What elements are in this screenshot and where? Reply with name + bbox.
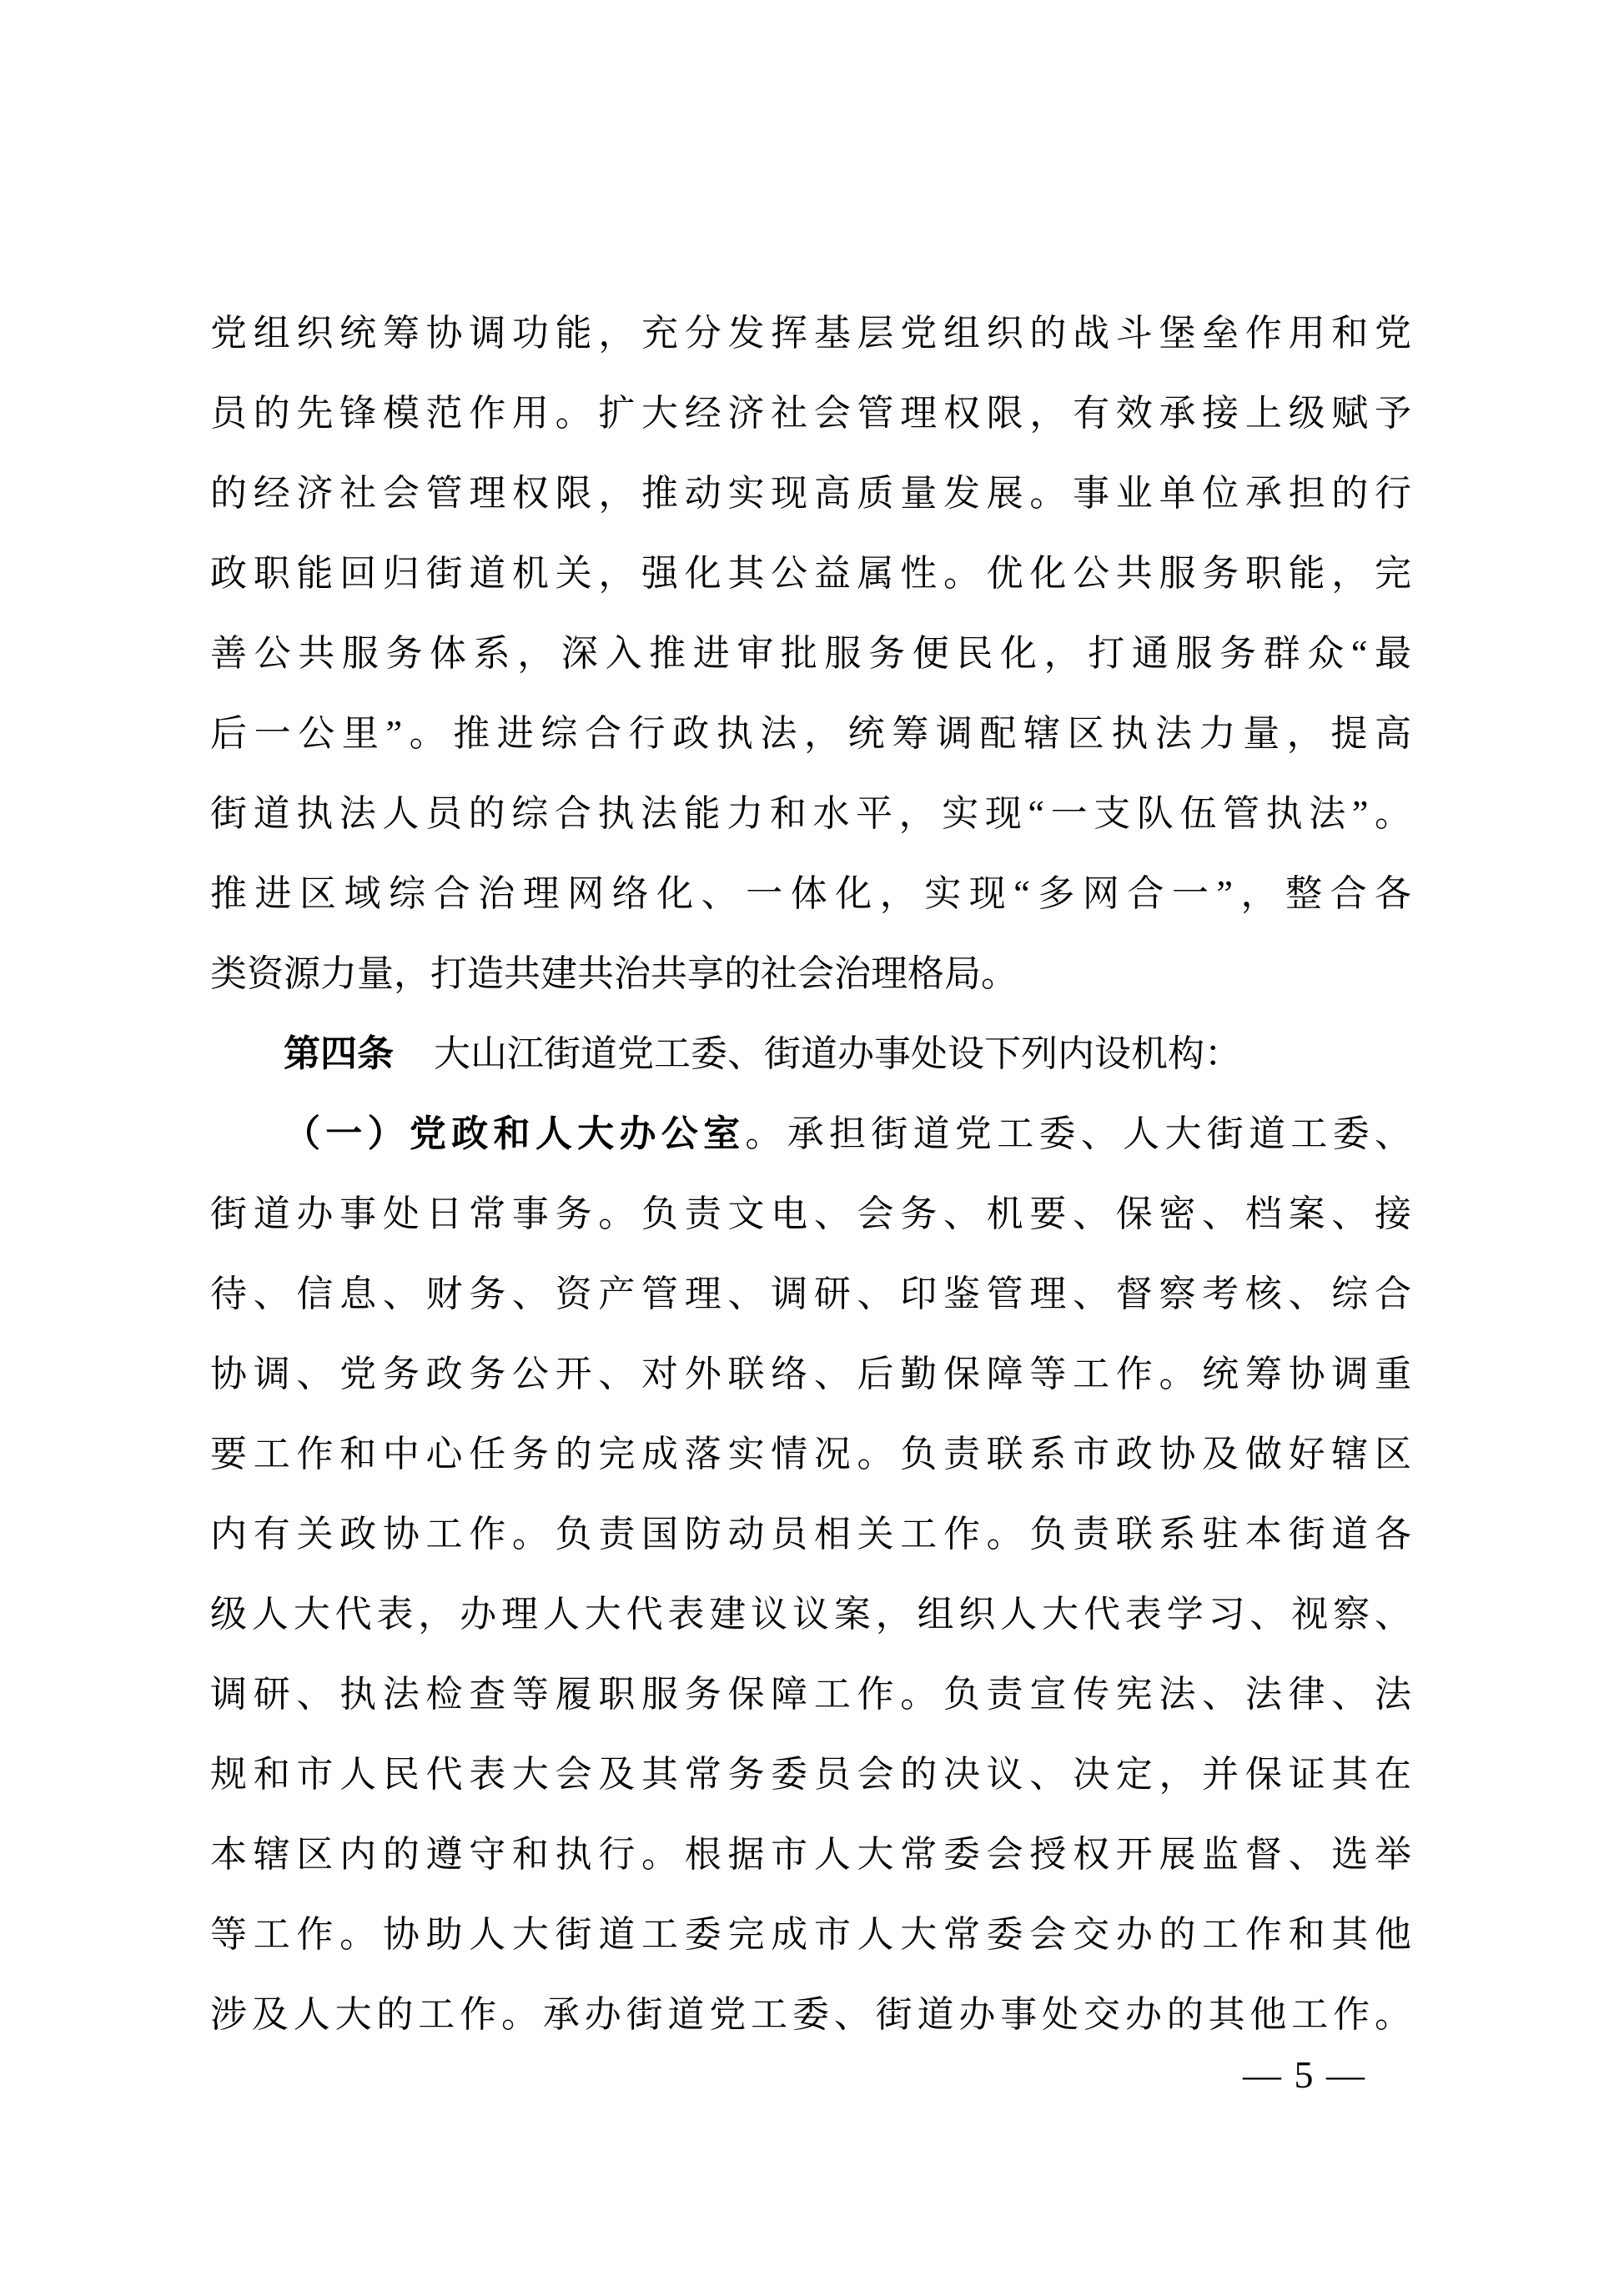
body-line: 后一公里”。推进综合行政执法，统筹调配辖区执法力量，提高 [210, 694, 1411, 774]
body-line: 要工作和中心任务的完成落实情况。负责联系市政协及做好辖区 [210, 1414, 1411, 1495]
body-line: 级人大代表，办理人大代表建议议案，组织人大代表学习、视察、 [210, 1575, 1411, 1655]
body-line: 规和市人民代表大会及其常务委员会的决议、决定，并保证其在 [210, 1735, 1411, 1815]
article-heading-text: 大山江街道党工委、街道办事处设下列内设机构： [434, 1033, 1241, 1074]
body-line: 类资源力量，打造共建共治共享的社会治理格局。 [210, 934, 1411, 1014]
body-line: 政职能回归街道机关，强化其公益属性。优化公共服务职能，完 [210, 534, 1411, 614]
page-number: — 5 — [1196, 2053, 1413, 2097]
body-line: 内有关政协工作。负责国防动员相关工作。负责联系驻本街道各 [210, 1495, 1411, 1575]
body-line: 本辖区内的遵守和执行。根据市人大常委会授权开展监督、选举 [210, 1815, 1411, 1895]
body-line: 善公共服务体系，深入推进审批服务便民化，打通服务群众“最 [210, 614, 1411, 694]
item-intro-rest: 。承担街道党工委、人大街道工委、 [745, 1113, 1411, 1154]
heading-gap [394, 1065, 434, 1066]
body-line: 党组织统筹协调功能，充分发挥基层党组织的战斗堡垒作用和党 [210, 294, 1411, 374]
body-line: 协调、党务政务公开、对外联络、后勤保障等工作。统筹协调重 [210, 1334, 1411, 1414]
article-number: 第四条 [284, 1033, 394, 1074]
item-intro-line: （一）党政和人大办公室。承担街道党工委、人大街道工委、 [210, 1094, 1411, 1174]
body-line: 员的先锋模范作用。扩大经济社会管理权限，有效承接上级赋予 [210, 374, 1411, 454]
body-line: 待、信息、财务、资产管理、调研、印鉴管理、督察考核、综合 [210, 1254, 1411, 1334]
document-body: 党组织统筹协调功能，充分发挥基层党组织的战斗堡垒作用和党 员的先锋模范作用。扩大… [210, 294, 1411, 2055]
body-line: 街道执法人员的综合执法能力和水平，实现“一支队伍管执法”。 [210, 774, 1411, 854]
article-heading-line: 第四条大山江街道党工委、街道办事处设下列内设机构： [210, 1014, 1411, 1094]
document-page: 党组织统筹协调功能，充分发挥基层党组织的战斗堡垒作用和党 员的先锋模范作用。扩大… [0, 0, 1624, 2296]
body-line: 涉及人大的工作。承办街道党工委、街道办事处交办的其他工作。 [210, 1975, 1411, 2055]
body-line: 的经济社会管理权限，推动实现高质量发展。事业单位承担的行 [210, 454, 1411, 534]
body-line: 调研、执法检查等履职服务保障工作。负责宣传宪法、法律、法 [210, 1655, 1411, 1735]
item-title: （一）党政和人大办公室 [284, 1113, 745, 1154]
body-line: 街道办事处日常事务。负责文电、会务、机要、保密、档案、接 [210, 1174, 1411, 1254]
body-line: 推进区域综合治理网络化、一体化，实现“多网合一”，整合各 [210, 854, 1411, 934]
body-line: 等工作。协助人大街道工委完成市人大常委会交办的工作和其他 [210, 1895, 1411, 1975]
